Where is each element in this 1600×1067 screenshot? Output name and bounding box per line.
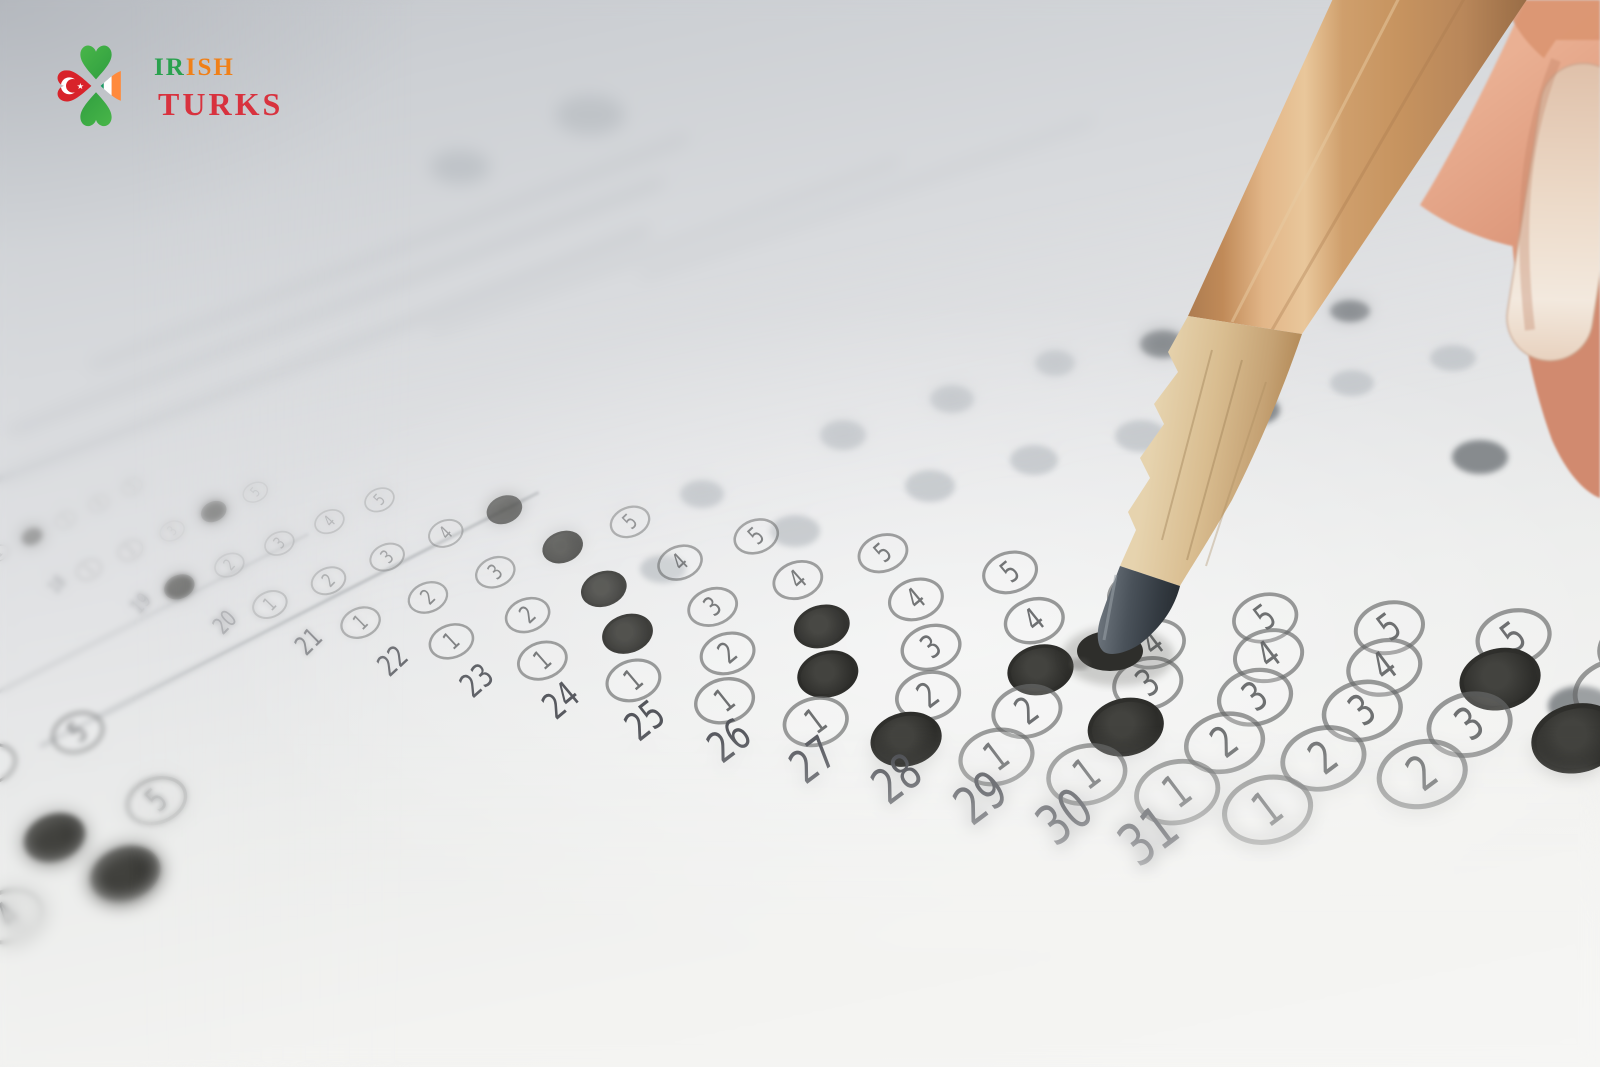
answer-bubble: 4	[652, 538, 708, 586]
answer-bubble: 3	[52, 508, 79, 532]
question-number: 22	[354, 644, 412, 686]
answer-bubble: 2	[500, 591, 556, 639]
answer-bubble-filled: 2	[19, 524, 46, 548]
answer-bubble: 5	[852, 527, 913, 580]
question-number: 26	[674, 719, 755, 772]
answer-bubble: 2	[210, 548, 249, 582]
question-number: 18	[35, 574, 68, 600]
answer-bubble-filled: 2	[597, 607, 658, 660]
clover-top-leaf	[80, 46, 111, 80]
clover-logo-icon: ★	[50, 38, 142, 130]
answer-bubble-filled: 4	[197, 497, 230, 526]
answer-bubble: 3	[682, 581, 743, 634]
answer-bubble: 1	[248, 585, 292, 624]
answer-bubble: 3	[470, 550, 520, 594]
question-number: 19	[114, 591, 153, 621]
answer-bubble: 4	[424, 514, 468, 553]
question-number: 27	[754, 736, 841, 793]
question-number: 23	[434, 662, 498, 707]
answer-bubble: 3	[260, 526, 299, 560]
answer-bubble: 1	[424, 617, 480, 665]
answer-bubble: 5	[239, 477, 272, 506]
answer-bubble-filled: 5	[482, 490, 526, 529]
clover-bottom-leaf	[80, 92, 111, 126]
photo-answer-sheet-scene: 1712345181234519123452012345211234522123…	[0, 0, 1600, 1067]
svg-text:★: ★	[77, 81, 84, 91]
answer-bubble: 2	[403, 575, 453, 619]
answer-bubble: 4	[0, 879, 52, 954]
answer-bubble: 3	[365, 537, 409, 576]
answer-bubble: 5	[45, 704, 110, 761]
logo-word-turks: turks	[154, 77, 283, 123]
answer-bubble: 4	[883, 571, 949, 628]
answer-bubble: 4	[0, 736, 23, 793]
logo-irish-turks: ★ irish turks	[50, 38, 283, 130]
question-number: 25	[594, 700, 669, 751]
question-number: 31	[1072, 806, 1183, 879]
logo-text: irish turks	[154, 45, 283, 123]
answer-bubble: 5	[728, 512, 784, 560]
answer-bubble: 5	[360, 483, 399, 517]
answer-bubble: 5	[605, 500, 655, 544]
answer-bubble-filled: 3	[576, 565, 632, 613]
answer-grid: 1712345181234519123452012345211234522123…	[0, 0, 1600, 1067]
answer-bubble: 2	[306, 561, 350, 600]
answer-bubble: 1	[0, 541, 12, 565]
answer-bubble: 1	[73, 555, 106, 584]
answer-bubble-filled: 4	[538, 525, 588, 569]
answer-bubble: 5	[977, 544, 1043, 601]
question-number: 21	[274, 626, 326, 664]
question-number: 24	[514, 681, 583, 729]
answer-bubble: 1	[336, 601, 386, 645]
left-column-row: 45	[0, 691, 147, 793]
answer-bubble: 4	[767, 554, 828, 607]
answer-bubble-filled: 1	[160, 570, 199, 604]
answer-bubble: 2	[114, 536, 147, 565]
answer-bubble: 4	[310, 504, 349, 538]
answer-bubble: 3	[156, 516, 189, 545]
answer-bubble: 5	[119, 475, 146, 499]
question-number: 20	[194, 609, 239, 643]
answer-bubble: 4	[85, 491, 112, 515]
